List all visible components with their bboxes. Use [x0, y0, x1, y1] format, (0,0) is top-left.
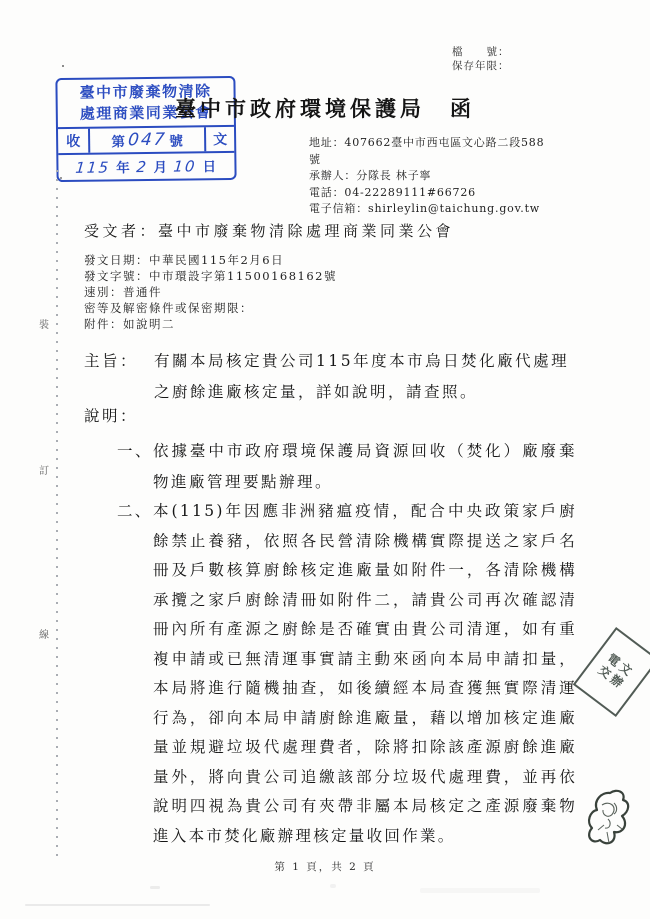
- explanation-item-2-number: 二、: [117, 497, 153, 527]
- received-stamp-month-handwritten: 2: [136, 158, 149, 176]
- meta-doc-number: 發文字號：中市環設字第11500168162號: [84, 268, 337, 284]
- received-stamp-year-handwritten: 115: [75, 158, 111, 176]
- document-meta-block: 發文日期：中華民國115年2月6日 發文字號：中市環設字第11500168162…: [84, 252, 337, 332]
- subject-block: 主旨： 有關本局核定貴公司115年度本市烏日焚化廠代處理之廚餘進廠核定量，詳如說…: [84, 346, 579, 408]
- binding-char-xian: 線: [39, 626, 49, 641]
- received-stamp-receive-label: 收: [58, 129, 90, 153]
- explanation-item-1: 一、 依據臺中市政府環境保護局資源回收（焚化）廠廢棄物進廠管理要點辦理。: [117, 436, 579, 498]
- retention-label: 保存年限：: [452, 60, 510, 74]
- scan-dot: [60, 177, 62, 179]
- binding-char-zhuang: 裝: [39, 316, 49, 331]
- binding-char-ding: 訂: [39, 462, 49, 477]
- scan-dot: [62, 65, 64, 67]
- explanation-item-1-text: 依據臺中市政府環境保護局資源回收（焚化）廠廢棄物進廠管理要點辦理。: [153, 436, 577, 498]
- document-title: 臺中市政府環境保護局 函: [0, 93, 650, 123]
- crumpled-seal-mark: [584, 783, 636, 878]
- meta-speed: 速別：普通件: [84, 284, 337, 300]
- agency-contact-block: 地址：407662臺中市西屯區文心路二段588 號 承辦人：分隊長 林子寧 電話…: [309, 135, 589, 218]
- scan-smudge: [25, 904, 210, 906]
- explanation-item-2: 二、 本(115)年因應非洲豬瘟疫情，配合中央政策家戶廚餘禁止養豬，依照各民營清…: [117, 497, 579, 851]
- received-stamp-no-suffix: 號: [169, 130, 183, 150]
- file-number-block: 檔 號： 保存年限：: [452, 46, 510, 73]
- agency-phone: 電話：04-22289111#66726: [309, 185, 589, 202]
- scan-smudge: [150, 886, 160, 889]
- meta-issue-date: 發文日期：中華民國115年2月6日: [84, 252, 337, 268]
- side-routing-stamp-text: 電文交辦: [594, 650, 638, 693]
- agency-address-line1: 地址：407662臺中市西屯區文心路二段588: [309, 135, 589, 152]
- agency-handler: 承辦人：分隊長 林子寧: [309, 168, 589, 185]
- received-stamp-number-cell: 第 047 號: [90, 127, 204, 152]
- binding-dotted-line: [56, 170, 58, 862]
- received-stamp-day-unit: 日: [203, 159, 218, 175]
- received-stamp-no-handwritten: 047: [127, 130, 167, 150]
- explanation-item-1-number: 一、: [117, 436, 153, 467]
- scan-smudge: [330, 884, 336, 888]
- meta-attachment: 附件：如說明二: [84, 316, 337, 332]
- received-stamp-year-unit: 年: [116, 160, 131, 176]
- agency-email: 電子信箱：shirleylin@taichung.gov.tw: [309, 201, 589, 218]
- agency-address-line2: 號: [309, 152, 589, 169]
- subject-label: 主旨：: [84, 346, 154, 377]
- side-routing-stamp: 電文交辦: [573, 627, 650, 717]
- received-stamp-day-handwritten: 10: [173, 157, 198, 175]
- received-stamp-no-prefix: 第: [111, 130, 125, 150]
- received-stamp-month-unit: 月: [154, 160, 169, 176]
- page-number-footer: 第 1 頁，共 2 頁: [0, 859, 650, 874]
- subject-text: 有關本局核定貴公司115年度本市烏日焚化廠代處理之廚餘進廠核定量，詳如說明，請查…: [154, 346, 574, 408]
- meta-secrecy: 密等及解密條件或保密期限：: [84, 300, 337, 316]
- received-stamp: 臺中市廢棄物清除 處理商業同業公會 收 第 047 號 文 115 年 2 月 …: [55, 76, 236, 182]
- received-stamp-number-row: 收 第 047 號 文: [58, 125, 234, 153]
- received-stamp-doc-label: 文: [204, 127, 234, 151]
- scanned-letter-page: 檔 號： 保存年限： 臺中市廢棄物清除 處理商業同業公會 收 第 047 號 文…: [0, 0, 650, 919]
- recipient-line: 受文者：臺中市廢棄物清除處理商業同業公會: [84, 220, 454, 241]
- received-stamp-date-row: 115 年 2 月 10 日: [58, 151, 234, 180]
- scan-smudge: [420, 888, 540, 893]
- explanation-label: 說明：: [84, 404, 138, 426]
- explanation-item-2-text: 本(115)年因應非洲豬瘟疫情，配合中央政策家戶廚餘禁止養豬，依照各民營清除機構…: [153, 497, 577, 851]
- file-number-label: 檔 號：: [452, 46, 510, 60]
